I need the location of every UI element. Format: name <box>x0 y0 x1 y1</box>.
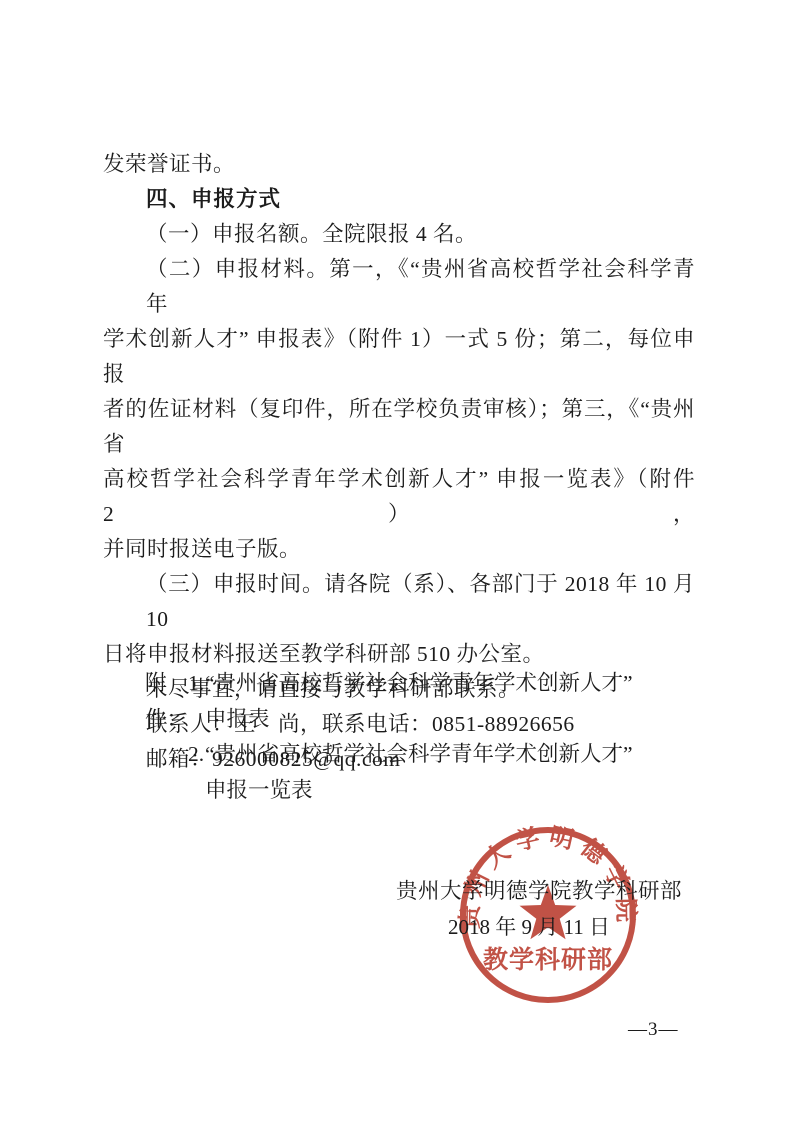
body-line: 学术创新人才” 申报表》（附件 1）一式 5 份；第二，每位申报 <box>103 322 695 392</box>
attachment-title-line: 申报表 <box>205 702 705 738</box>
document-page: 发荣誉证书。四、申报方式（一）申报名额。全院限报 4 名。（二）申报材料。第一，… <box>0 0 793 1122</box>
attachment-title-line: “贵州省高校哲学社会科学青年学术创新人才” <box>205 737 705 773</box>
attachment-label: 附件： <box>145 666 188 737</box>
attachment-title: “贵州省高校哲学社会科学青年学术创新人才”申报一览表 <box>205 737 705 808</box>
body-line: 者的佐证材料（复印件，所在学校负责审核）；第三，《“贵州省 <box>103 392 695 462</box>
attachment-title: “贵州省高校哲学社会科学青年学术创新人才”申报表 <box>205 666 705 737</box>
body-line: （一）申报名额。全院限报 4 名。 <box>103 217 695 252</box>
attachment-list: 1.“贵州省高校哲学社会科学青年学术创新人才”申报表2.“贵州省高校哲学社会科学… <box>188 666 705 808</box>
body-line: （三）申报时间。请各院（系）、各部门于 2018 年 10 月 10 <box>103 567 695 637</box>
attachment-title-line: “贵州省高校哲学社会科学青年学术创新人才” <box>205 666 705 702</box>
attachment-number: 1. <box>188 666 203 737</box>
body-line: 发荣誉证书。 <box>103 147 695 182</box>
body-line: 高校哲学社会科学青年学术创新人才” 申报一览表》（附件 2）， <box>103 462 695 532</box>
section-heading: 四、申报方式 <box>103 182 695 217</box>
signature-organization: 贵州大学明德学院教学科研部 <box>396 874 682 909</box>
attachment-item: 2.“贵州省高校哲学社会科学青年学术创新人才”申报一览表 <box>188 737 705 808</box>
body-line: 并同时报送电子版。 <box>103 532 695 567</box>
page-number: —3— <box>628 1019 679 1041</box>
attachment-title-line: 申报一览表 <box>205 773 705 809</box>
attachment-number: 2. <box>188 737 203 808</box>
attachment-block: 附件： 1.“贵州省高校哲学社会科学青年学术创新人才”申报表2.“贵州省高校哲学… <box>145 666 705 808</box>
signature-date: 2018 年 9 月 11 日 <box>448 910 610 945</box>
seal-bottom-text: 教学科研部 <box>483 946 613 974</box>
attachment-item: 1.“贵州省高校哲学社会科学青年学术创新人才”申报表 <box>188 666 705 737</box>
body-line: （二）申报材料。第一，《“贵州省高校哲学社会科学青年 <box>103 252 695 322</box>
